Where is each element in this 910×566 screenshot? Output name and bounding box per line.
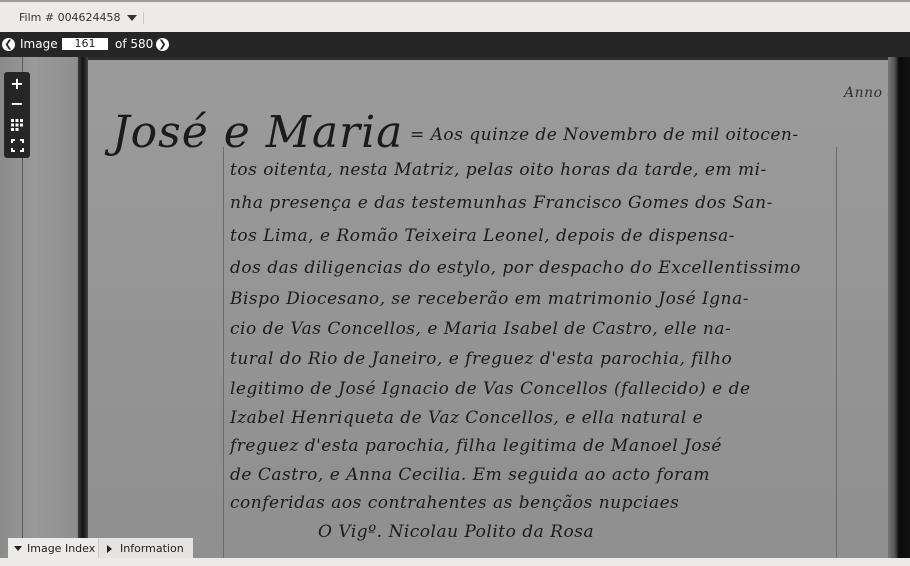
text-line: conferidas aos contrahentes as bençãos n…: [230, 493, 679, 513]
triangle-right-icon: [107, 545, 112, 553]
chevron-left-icon[interactable]: ❮: [2, 38, 15, 51]
text-line: nha presença e das testemunhas Francisco…: [230, 193, 773, 213]
chevron-right-icon[interactable]: ❯: [156, 38, 169, 51]
book-gutter: [78, 57, 88, 558]
text-line: tos oitenta, nesta Matriz, pelas oito ho…: [230, 160, 767, 180]
film-bar: Film # 004624458: [0, 2, 910, 32]
image-total-label: of 580: [115, 37, 153, 51]
text-line: tural do Rio de Janeiro, e freguez d'est…: [230, 349, 732, 369]
text-line: tos Lima, e Romão Teixeira Leonel, depoi…: [230, 226, 735, 246]
footer-strip: [0, 558, 910, 566]
text-line: freguez d'esta parochia, filha legitima …: [230, 436, 722, 456]
document-page: 33 Anno de 34 José e Maria = Aos quinze …: [88, 57, 888, 558]
image-viewer[interactable]: 33 Anno de 34 José e Maria = Aos quinze …: [0, 57, 910, 558]
entry-title: José e Maria: [112, 107, 403, 158]
image-navigation-bar: ❮ Image of 580 ❯: [0, 32, 910, 57]
film-number-label: Film # 004624458: [19, 11, 121, 24]
image-number-input[interactable]: [62, 38, 108, 50]
text-line: legitimo de José Ignacio de Vas Concello…: [230, 379, 751, 399]
zoom-out-button[interactable]: −: [4, 94, 30, 114]
fullscreen-icon[interactable]: [4, 136, 30, 156]
right-page-edge: [888, 57, 910, 558]
divider: [143, 12, 144, 24]
text-line: de Castro, e Anna Cecilia. Em seguida ao…: [230, 465, 710, 485]
image-label: Image: [20, 37, 58, 51]
page-top-edge: [88, 57, 888, 60]
caret-down-icon: [127, 15, 137, 21]
zoom-controls: + −: [4, 72, 30, 158]
triangle-down-icon: [14, 546, 22, 551]
text-line: cio de Vas Concellos, e Maria Isabel de …: [230, 319, 731, 339]
signature-line: O Vigº. Nicolau Polito da Rosa: [318, 522, 594, 542]
grid-view-icon[interactable]: [4, 115, 30, 135]
film-number-dropdown[interactable]: Film # 004624458: [19, 11, 144, 24]
tab-image-index-label: Image Index: [27, 542, 95, 555]
margin-line-right: [836, 147, 837, 558]
margin-line-left: [223, 147, 224, 558]
text-line: Izabel Henriqueta de Vaz Concellos, e el…: [230, 408, 703, 428]
text-line: Bispo Diocesano, se receberão em matrimo…: [230, 289, 749, 309]
text-line: dos das diligencias do estylo, por despa…: [230, 258, 801, 278]
text-line: = Aos quinze de Novembro de mil oitocen-: [410, 125, 799, 145]
tab-information-label: Information: [120, 542, 184, 555]
tab-image-index[interactable]: Image Index: [8, 538, 102, 559]
zoom-in-button[interactable]: +: [4, 74, 30, 94]
tab-information[interactable]: Information: [98, 538, 193, 559]
